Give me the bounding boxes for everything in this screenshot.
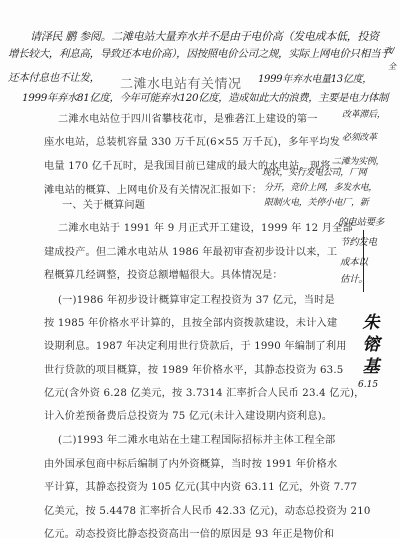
item2-line-4: 亿美元，按 5.4478 汇率折合人民币 42.33 亿元)，动态总投资为 21… [44,502,336,517]
section-heading: 一、关于概算问题 [62,196,354,211]
item1-line-2: 按 1985 年价格水平计算的，且按全部内资拨款建设，未计入建 [44,314,336,329]
section1-line-1: 二滩水电站于 1991 年 9 月正式开工建设，1999 年 12 月全部 [58,219,350,234]
intro-line-2: 座水电站，总装机容量 330 万千瓦(6×55 万千瓦)，多年平均发 [44,133,336,148]
section1-line-2: 建成投产。但二滩水电站从 1986 年最初审查初步设计以来，工 [44,243,336,258]
item1-line-5: 亿元(含外资 6.28 亿美元，按 3.7314 汇率折合人民币 23.4 亿元… [44,384,336,399]
item2-line-2: 由外国承包商中标后编制了内外资概算，当时按 1991 年价格水 [44,455,336,470]
handwritten-note-line-1: 请泽民 鹏 参阅。二滩电站大量弃水并不是由于电价高（发电成本低，投资 [30,30,379,43]
margin-note-8: 节约发电 [340,238,377,248]
item2-line-3: 平计算，其静态投资为 105 亿元(其中内资 63.11 亿元，外资 7.77 [44,478,336,493]
margin-note-2: 必须改革 [342,133,377,143]
signature: 朱镕基 [356,312,386,378]
handwritten-note-line-3: 还本付息也不让发， [8,72,100,85]
document-title: 二滩水电站有关情况 [120,73,242,92]
item1-line-6: 计入价差预备费后总投资为 75 亿元(未计入建设期内资利息)。 [44,407,336,422]
handwritten-note-line-2: 增长较大，利息高，导致还本电价高），因按照电价公司之规，实际上网电价只相当于 [8,48,390,61]
signature-date: 6.15 [358,380,378,390]
margin-note-5: 分开，竞价上网，多发水电， [264,183,377,193]
handwritten-mark-1: 改/ [384,46,394,56]
item1-line-4: 世行贷款的项目概算，按 1989 年价格水平，其静态投资为 63.5 [44,361,336,376]
item2-line-5: 亿元。动态投资比静态投资高出一倍的原因是 93 年正是物价和 [44,525,336,538]
handwritten-mark-2: 全 [388,62,396,72]
margin-note-4: 现状，实行发电公司，厂网 [262,168,366,178]
handwritten-note-line-4: 1999年弃水电量13亿度， [258,73,372,86]
item1-line-3: 设期利息。1987 年决定利用世行贷款后，于 1990 年编制了利用 [44,337,336,352]
margin-note-1: 改革滞后， [342,110,386,120]
item1-line-1: (一)1986 年初步设计概算审定工程投资为 37 亿元，当时是 [58,291,350,306]
item2-line-1: (二)1993 年二滩水电站在土建工程国际招标并主体工程全部 [58,431,350,446]
intro-line-1: 二滩水电站位于四川省攀枝花市，是雅砻江上建设的第一 [58,110,350,125]
section1-line-3: 程概算几经调整，投资总额增幅很大。具体情况是： [44,266,336,281]
document-page: 请泽民 鹏 参阅。二滩电站大量弃水并不是由于电价高（发电成本低，投资 增长较大，… [0,0,400,538]
signature-line-mark [363,230,364,292]
margin-note-3: 二滩为实例， [332,157,384,167]
handwritten-note-line-5: 1999年弃水81亿度，今年可能弃水120亿度，造成如此大的浪费，主要是电力体制 [22,92,388,105]
